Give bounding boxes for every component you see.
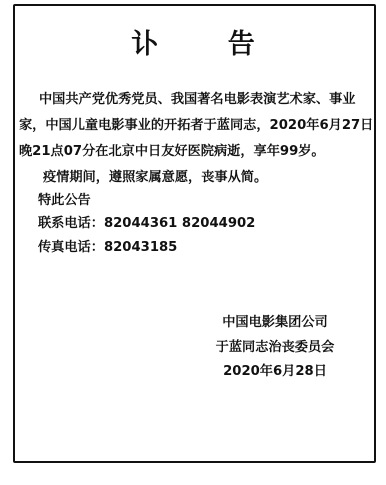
contact-phone: 联系电话：82044361 82044902	[38, 216, 255, 232]
fax-label: 传真电话：	[38, 240, 104, 255]
announcement-text: 特此公告	[38, 193, 91, 209]
contact-phone-value: 82044361 82044902	[104, 216, 255, 231]
contact-phone-label: 联系电话：	[38, 216, 104, 231]
signature-org-1: 中国电影集团公司	[190, 311, 360, 330]
signature-org-2: 于蓝同志治丧委员会	[190, 336, 360, 355]
fax-value: 82043185	[104, 240, 177, 255]
notice-border	[13, 4, 376, 463]
signature-date: 2020年6月28日	[190, 360, 360, 379]
body-paragraph-2: 疫情期间，遵照家属意愿，丧事从简。	[43, 170, 267, 186]
body-line-3: 晚21点07分在北京中日友好医院病逝，享年99岁。	[19, 144, 325, 160]
fax-phone: 传真电话：82043185	[38, 240, 177, 256]
body-line-2: 家，中国儿童电影事业的开拓者于蓝同志，2020年6月27日	[19, 118, 373, 134]
notice-title: 讣 告	[0, 22, 386, 61]
body-line-1: 中国共产党优秀党员、我国著名电影表演艺术家、事业	[39, 92, 356, 108]
